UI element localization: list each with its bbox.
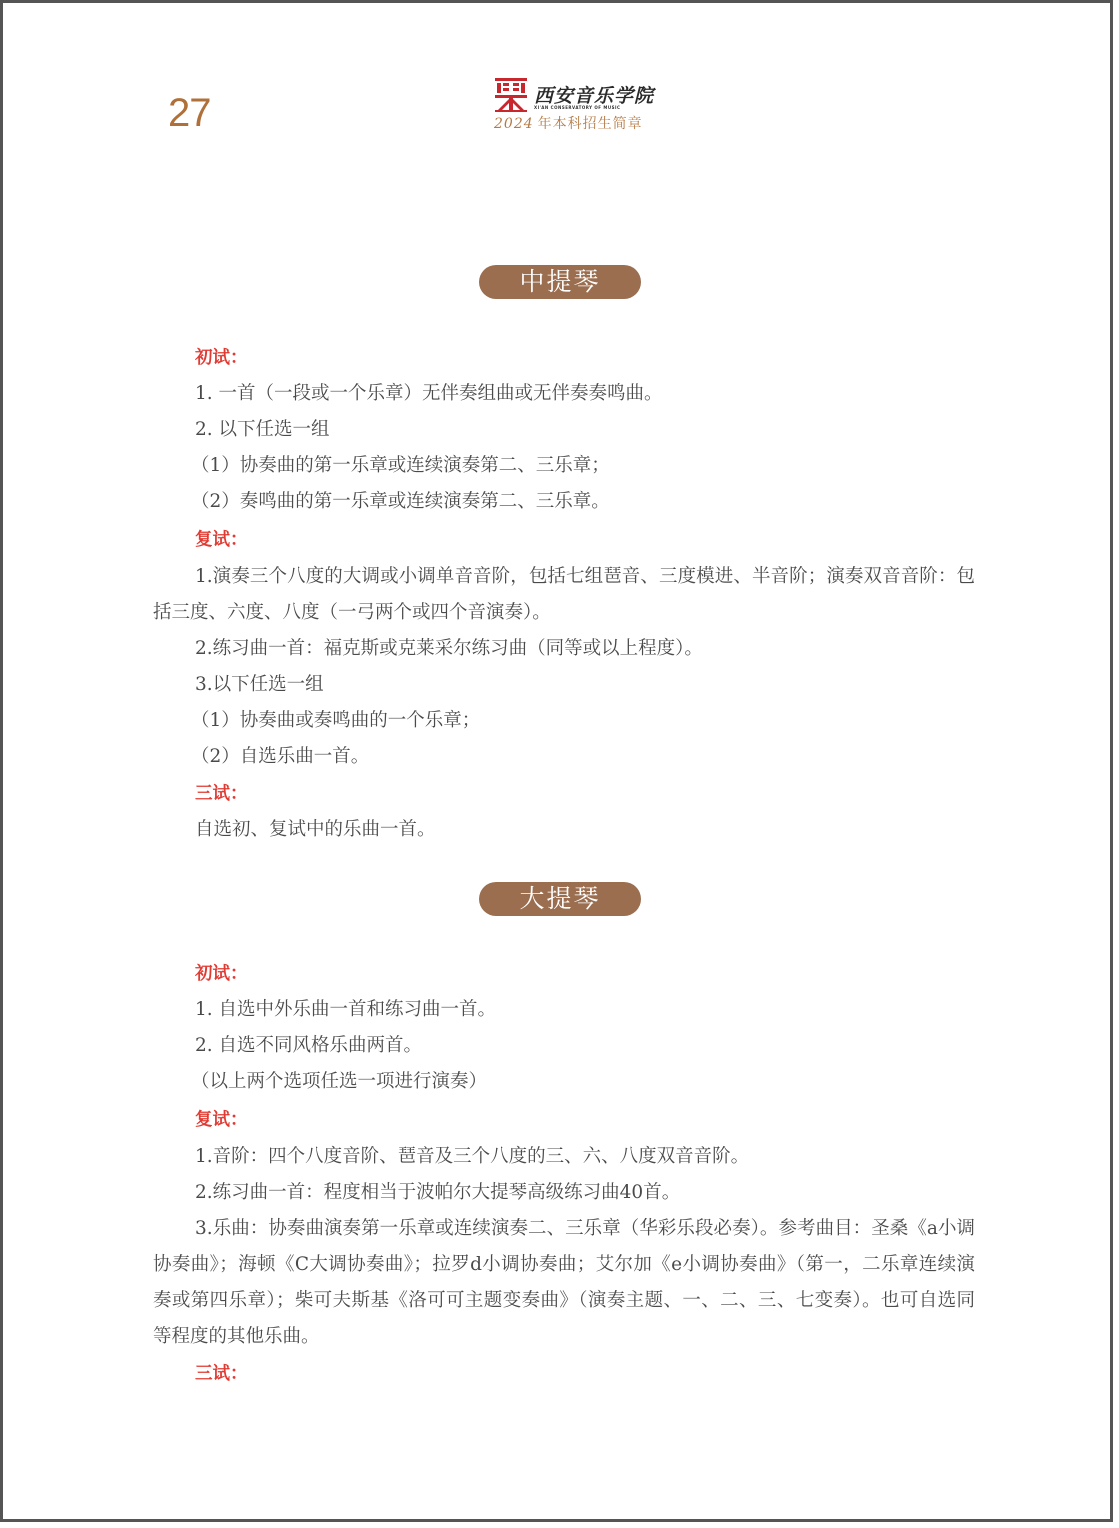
section-title-viola: 中提琴: [479, 265, 641, 299]
page-number: 27: [168, 91, 211, 136]
requirement-line: 2. 自选不同风格乐曲两首。: [195, 1028, 422, 1064]
round-heading-third: 三试：: [195, 1356, 248, 1392]
brochure-title-text: 年本科招生简章: [538, 116, 643, 132]
conservatory-emblem-icon: [494, 77, 528, 113]
brochure-year: 2024: [494, 116, 534, 132]
brand-header: 西安音乐学院 XI'AN CONSERVATORY OF MUSIC 2024年…: [494, 77, 654, 137]
requirement-note: （以上两个选项任选一项进行演奏）: [191, 1064, 487, 1100]
round-heading-third: 三试：: [195, 776, 248, 812]
requirement-line: 1. 一首（一段或一个乐章）无伴奏组曲或无伴奏奏鸣曲。: [195, 376, 663, 412]
requirement-option: （2）自选乐曲一首。: [191, 739, 369, 775]
section-title-cello: 大提琴: [479, 882, 641, 916]
requirement-option: （1）协奏曲的第一乐章或连续演奏第二、三乐章；: [191, 448, 610, 484]
requirement-line: 1.音阶：四个八度音阶、琶音及三个八度的三、六、八度双音音阶。: [195, 1139, 749, 1175]
requirement-line: 2.练习曲一首：福克斯或克莱采尔练习曲（同等或以上程度）。: [195, 631, 703, 667]
requirement-option: （2）奏鸣曲的第一乐章或连续演奏第二、三乐章。: [191, 484, 610, 520]
brand-subtitle: XI'AN CONSERVATORY OF MUSIC: [534, 105, 620, 110]
requirement-line: 1. 自选中外乐曲一首和练习曲一首。: [195, 992, 496, 1028]
round-heading-preliminary: 初试：: [195, 340, 248, 376]
round-heading-second: 复试：: [195, 522, 248, 558]
round-heading-second: 复试：: [195, 1102, 248, 1138]
requirement-line: 自选初、复试中的乐曲一首。: [195, 812, 436, 848]
requirement-paragraph: 1.演奏三个八度的大调或小调单音音阶，包括七组琶音、三度模进、半音阶；演奏双音音…: [153, 559, 975, 631]
requirement-paragraph: 3.乐曲：协奏曲演奏第一乐章或连续演奏二、三乐章（华彩乐段必奏）。参考曲目：圣桑…: [153, 1211, 975, 1355]
document-page: 27 西安音乐学院 XI'AN CONSERVATORY OF MUSIC 20…: [0, 0, 1113, 1522]
requirement-line: 3.以下任选一组: [195, 667, 324, 703]
requirement-line: 2. 以下任选一组: [195, 412, 330, 448]
brand-name: 西安音乐学院: [534, 81, 654, 108]
requirement-option: （1）协奏曲或奏鸣曲的一个乐章；: [191, 703, 480, 739]
round-heading-preliminary: 初试：: [195, 956, 248, 992]
brochure-title: 2024年本科招生简章: [494, 113, 643, 133]
requirement-line: 2.练习曲一首：程度相当于波帕尔大提琴高级练习曲40首。: [195, 1175, 680, 1211]
